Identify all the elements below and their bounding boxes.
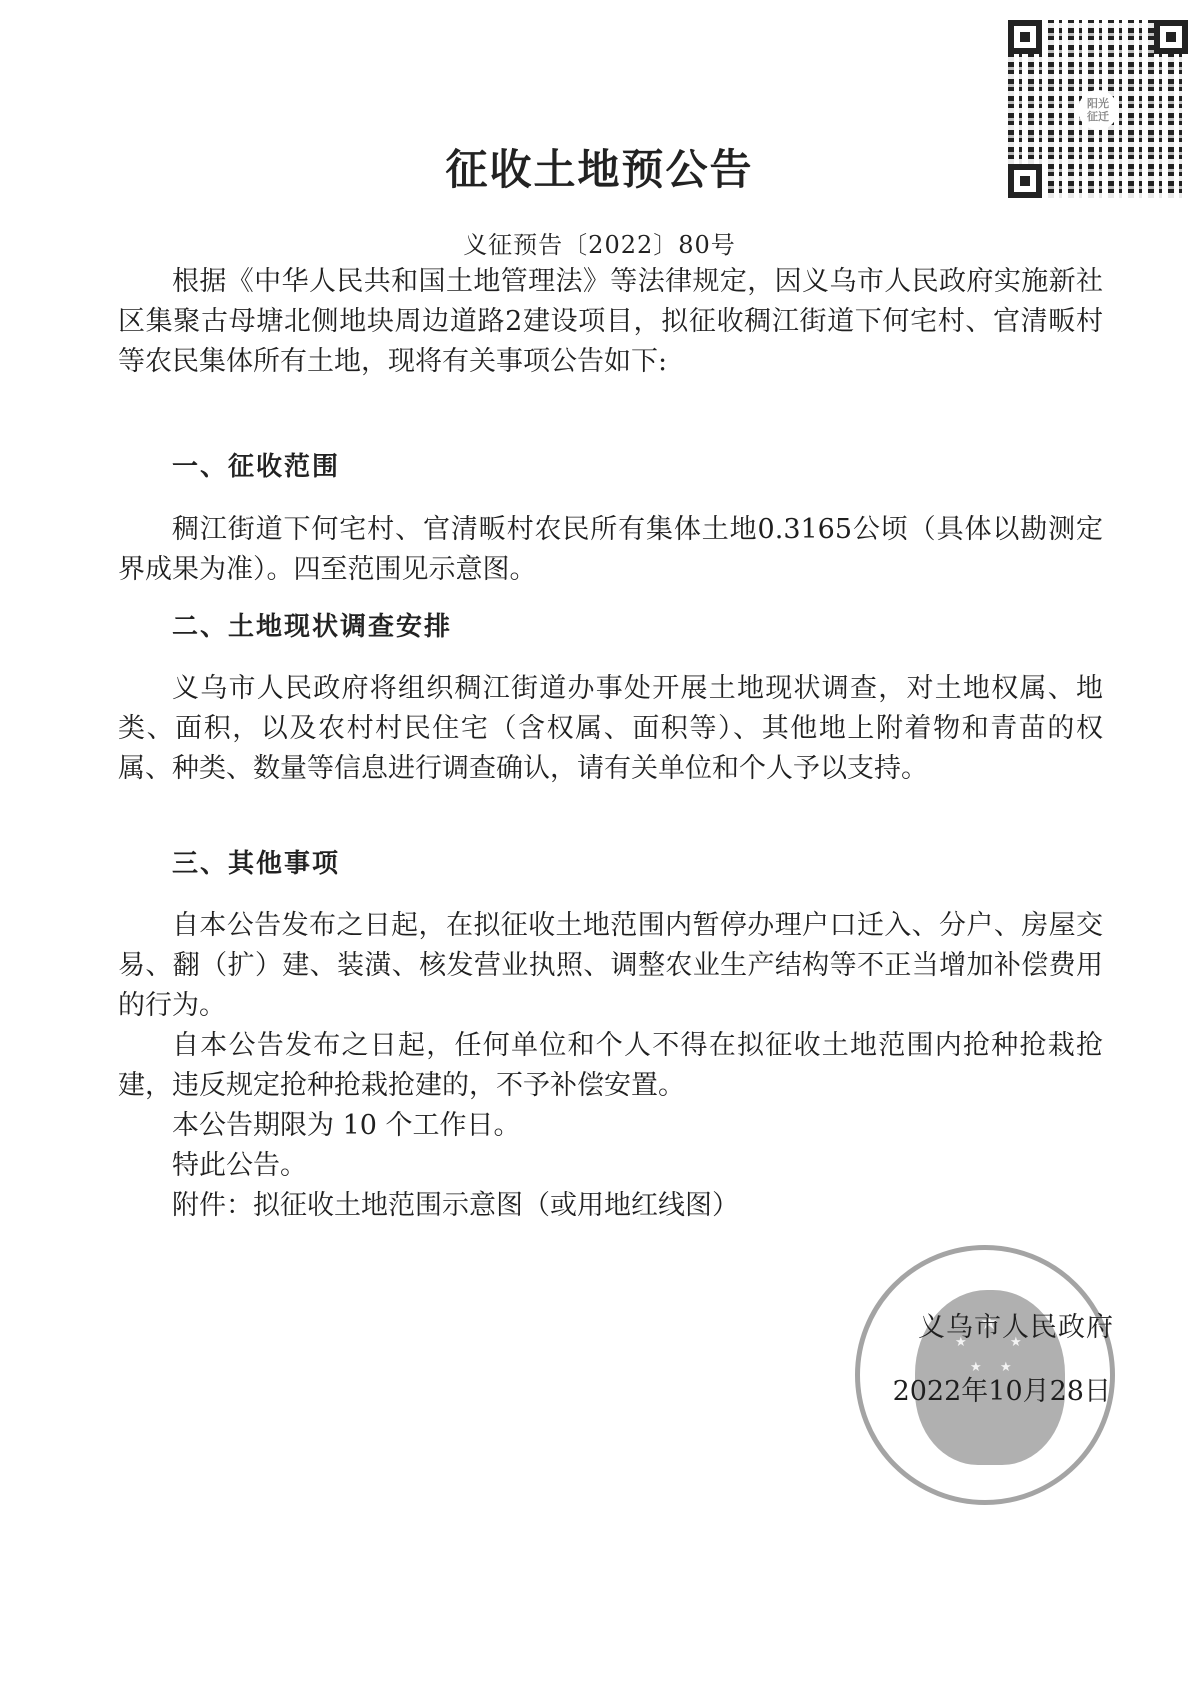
- qr-logo-line2: 征迁: [1087, 110, 1109, 123]
- intro-block: 根据《中华人民共和国土地管理法》等法律规定，因义乌市人民政府实施新社区集聚古母塘…: [118, 262, 1103, 382]
- section-other-body: 自本公告发布之日起，在拟征收土地范围内暂停办理户口迁入、分户、房屋交易、翻（扩）…: [118, 906, 1103, 1226]
- section-heading-scope: 一、征收范围: [172, 446, 340, 483]
- qr-logo-line1: 阳光: [1087, 97, 1109, 110]
- section-survey-body: 义乌市人民政府将组织稠江街道办事处开展土地现状调查，对土地权属、地类、面积，以及…: [118, 669, 1103, 789]
- notice-period: 本公告期限为 10 个工作日。: [118, 1106, 1103, 1146]
- document-title: 征收土地预公告: [0, 137, 1199, 197]
- section-survey-paragraph: 义乌市人民政府将组织稠江街道办事处开展土地现状调查，对土地权属、地类、面积，以及…: [118, 669, 1103, 789]
- document-number: 义征预告〔2022〕80号: [0, 225, 1199, 260]
- hereby-notice: 特此公告。: [118, 1146, 1103, 1186]
- qr-logo-icon: 阳光 征迁: [1078, 90, 1118, 130]
- qr-finder-top-left: [1008, 20, 1042, 54]
- attachment-note: 附件：拟征收土地范围示意图（或用地红线图）: [118, 1186, 1103, 1226]
- section-other-paragraph-1: 自本公告发布之日起，在拟征收土地范围内暂停办理户口迁入、分户、房屋交易、翻（扩）…: [118, 906, 1103, 1026]
- issuer-name: 义乌市人民政府: [918, 1305, 1114, 1344]
- section-heading-other: 三、其他事项: [172, 843, 340, 880]
- qr-finder-top-right: [1154, 20, 1188, 54]
- section-heading-survey: 二、土地现状调查安排: [172, 606, 452, 643]
- issue-date: 2022年10月28日: [893, 1369, 1111, 1408]
- section-scope-paragraph: 稠江街道下何宅村、官清畈村农民所有集体土地0.3165公顷（具体以勘测定界成果为…: [118, 510, 1103, 590]
- section-scope-body: 稠江街道下何宅村、官清畈村农民所有集体土地0.3165公顷（具体以勘测定界成果为…: [118, 510, 1103, 590]
- section-other-paragraph-2: 自本公告发布之日起，任何单位和个人不得在拟征收土地范围内抢种抢栽抢建，违反规定抢…: [118, 1026, 1103, 1106]
- intro-paragraph: 根据《中华人民共和国土地管理法》等法律规定，因义乌市人民政府实施新社区集聚古母塘…: [118, 262, 1103, 382]
